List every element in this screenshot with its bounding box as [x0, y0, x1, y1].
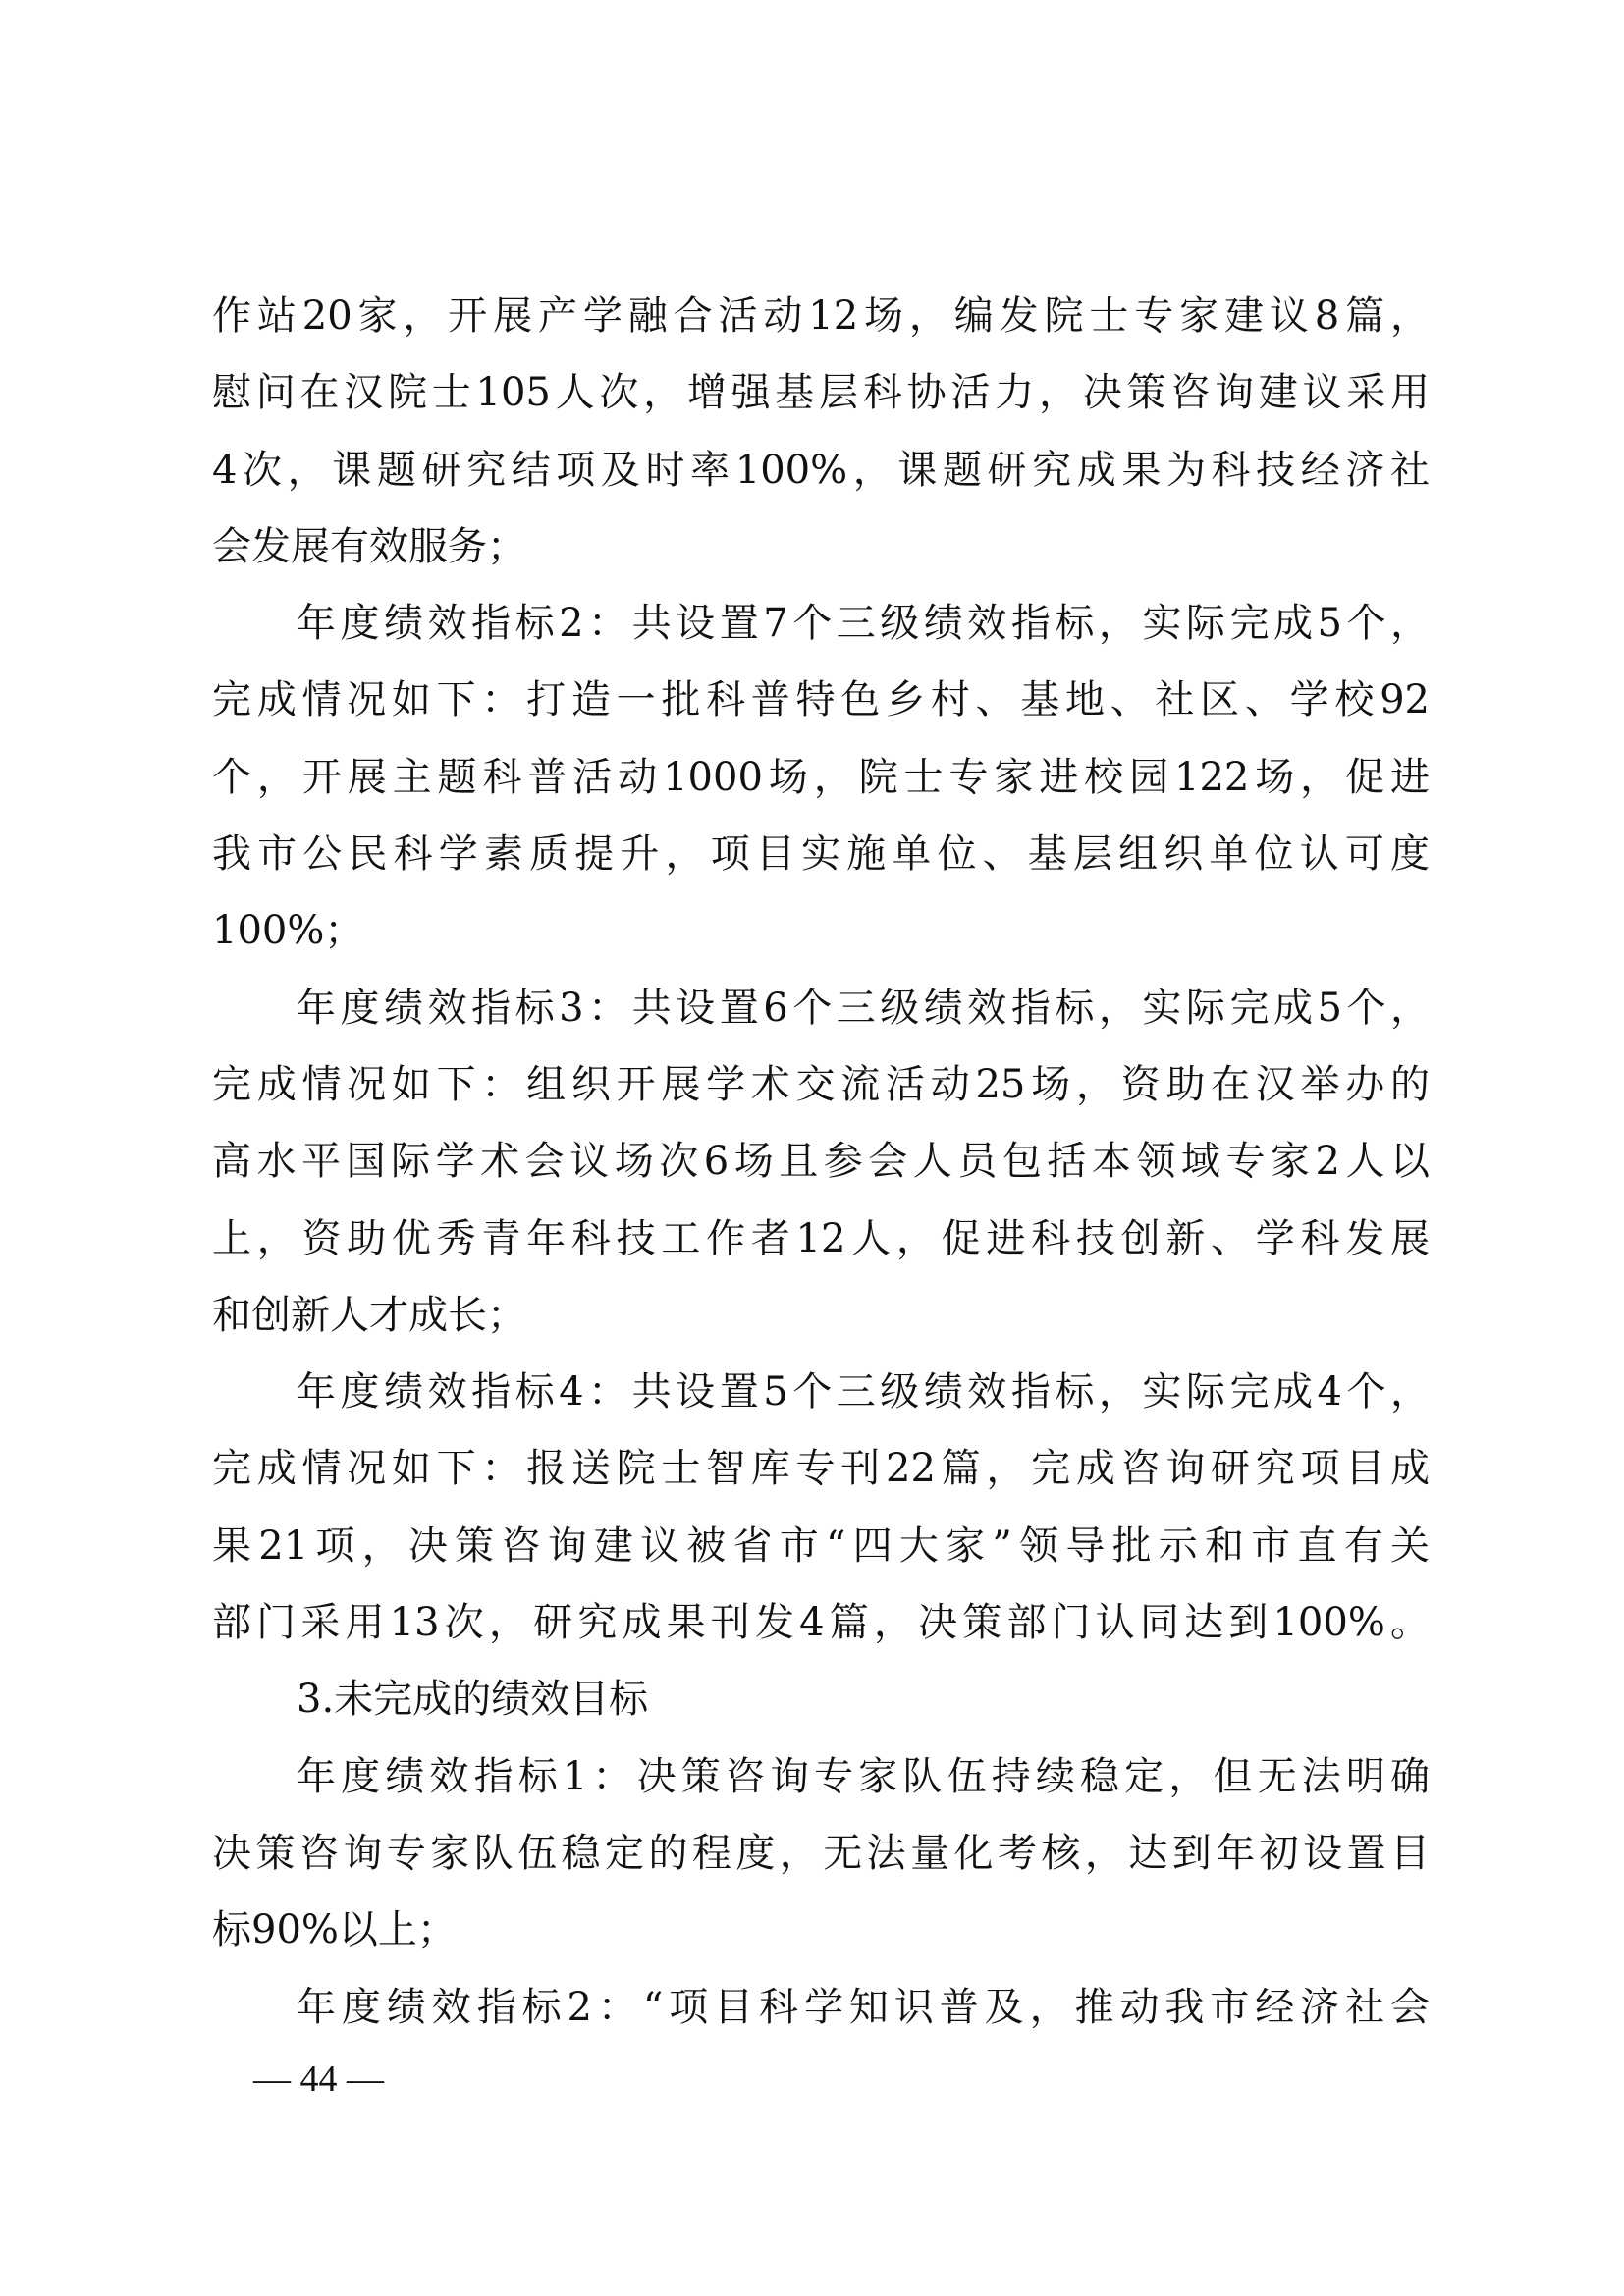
section-heading-unfinished-goals: 3.未完成的绩效目标 — [212, 1661, 1430, 1737]
text-line: 果21项，决策咨询建议被省市“四大家”领导批示和市直有关 — [212, 1508, 1430, 1584]
text-line: 完成情况如下：报送院士智库专刊22篇，完成咨询研究项目成 — [212, 1430, 1430, 1507]
text-line: 年度绩效指标3：共设置6个三级绩效指标，实际完成5个， — [212, 970, 1430, 1046]
page-number: — 44 — — [253, 2052, 384, 2107]
text-line: 慰问在汉院士105人次，增强基层科协活力，决策咨询建议采用 — [212, 354, 1430, 431]
text-line: 上，资助优秀青年科技工作者12人，促进科技创新、学科发展 — [212, 1201, 1430, 1277]
section-heading: 3.未完成的绩效目标 — [212, 1661, 1430, 1737]
text-line: 高水平国际学术会议场次6场且参会人员包括本领域专家2人以 — [212, 1123, 1430, 1200]
paragraph-unfinished-indicator-2: 年度绩效指标2：“项目科学知识普及，推动我市经济社会 — [212, 1969, 1430, 2046]
text-line: 年度绩效指标2：共设置7个三级绩效指标，实际完成5个， — [212, 585, 1430, 662]
text-line: 完成情况如下：组织开展学术交流活动25场，资助在汉举办的 — [212, 1046, 1430, 1123]
text-line: 标90%以上； — [212, 1892, 1430, 1968]
text-line: 4次，课题研究结项及时率100%，课题研究成果为科技经济社 — [212, 432, 1430, 508]
paragraph-continuation: 作站20家，开展产学融合活动12场，编发院士专家建议8篇， 慰问在汉院士105人… — [212, 278, 1430, 585]
paragraph-annual-indicator-2: 年度绩效指标2：共设置7个三级绩效指标，实际完成5个， 完成情况如下：打造一批科… — [212, 585, 1430, 969]
text-line: 年度绩效指标2：“项目科学知识普及，推动我市经济社会 — [212, 1969, 1430, 2046]
text-line: 作站20家，开展产学融合活动12场，编发院士专家建议8篇， — [212, 278, 1430, 354]
document-body: 作站20家，开展产学融合活动12场，编发院士专家建议8篇， 慰问在汉院士105人… — [212, 278, 1430, 2046]
text-line: 决策咨询专家队伍稳定的程度，无法量化考核，达到年初设置目 — [212, 1815, 1430, 1892]
text-line: 个，开展主题科普活动1000场，院士专家进校园122场，促进 — [212, 739, 1430, 816]
paragraph-annual-indicator-3: 年度绩效指标3：共设置6个三级绩效指标，实际完成5个， 完成情况如下：组织开展学… — [212, 970, 1430, 1354]
text-line: 会发展有效服务； — [212, 508, 1430, 585]
text-line: 100%； — [212, 892, 1430, 969]
text-line: 完成情况如下：打造一批科普特色乡村、基地、社区、学校92 — [212, 662, 1430, 738]
paragraph-unfinished-indicator-1: 年度绩效指标1：决策咨询专家队伍持续稳定，但无法明确 决策咨询专家队伍稳定的程度… — [212, 1738, 1430, 1969]
text-line: 部门采用13次，研究成果刊发4篇，决策部门认同达到100%。 — [212, 1584, 1430, 1661]
text-line: 和创新人才成长； — [212, 1277, 1430, 1354]
text-line: 年度绩效指标1：决策咨询专家队伍持续稳定，但无法明确 — [212, 1738, 1430, 1815]
text-line: 我市公民科学素质提升，项目实施单位、基层组织单位认可度 — [212, 816, 1430, 892]
text-line: 年度绩效指标4：共设置5个三级绩效指标，实际完成4个， — [212, 1354, 1430, 1430]
paragraph-annual-indicator-4: 年度绩效指标4：共设置5个三级绩效指标，实际完成4个， 完成情况如下：报送院士智… — [212, 1354, 1430, 1661]
